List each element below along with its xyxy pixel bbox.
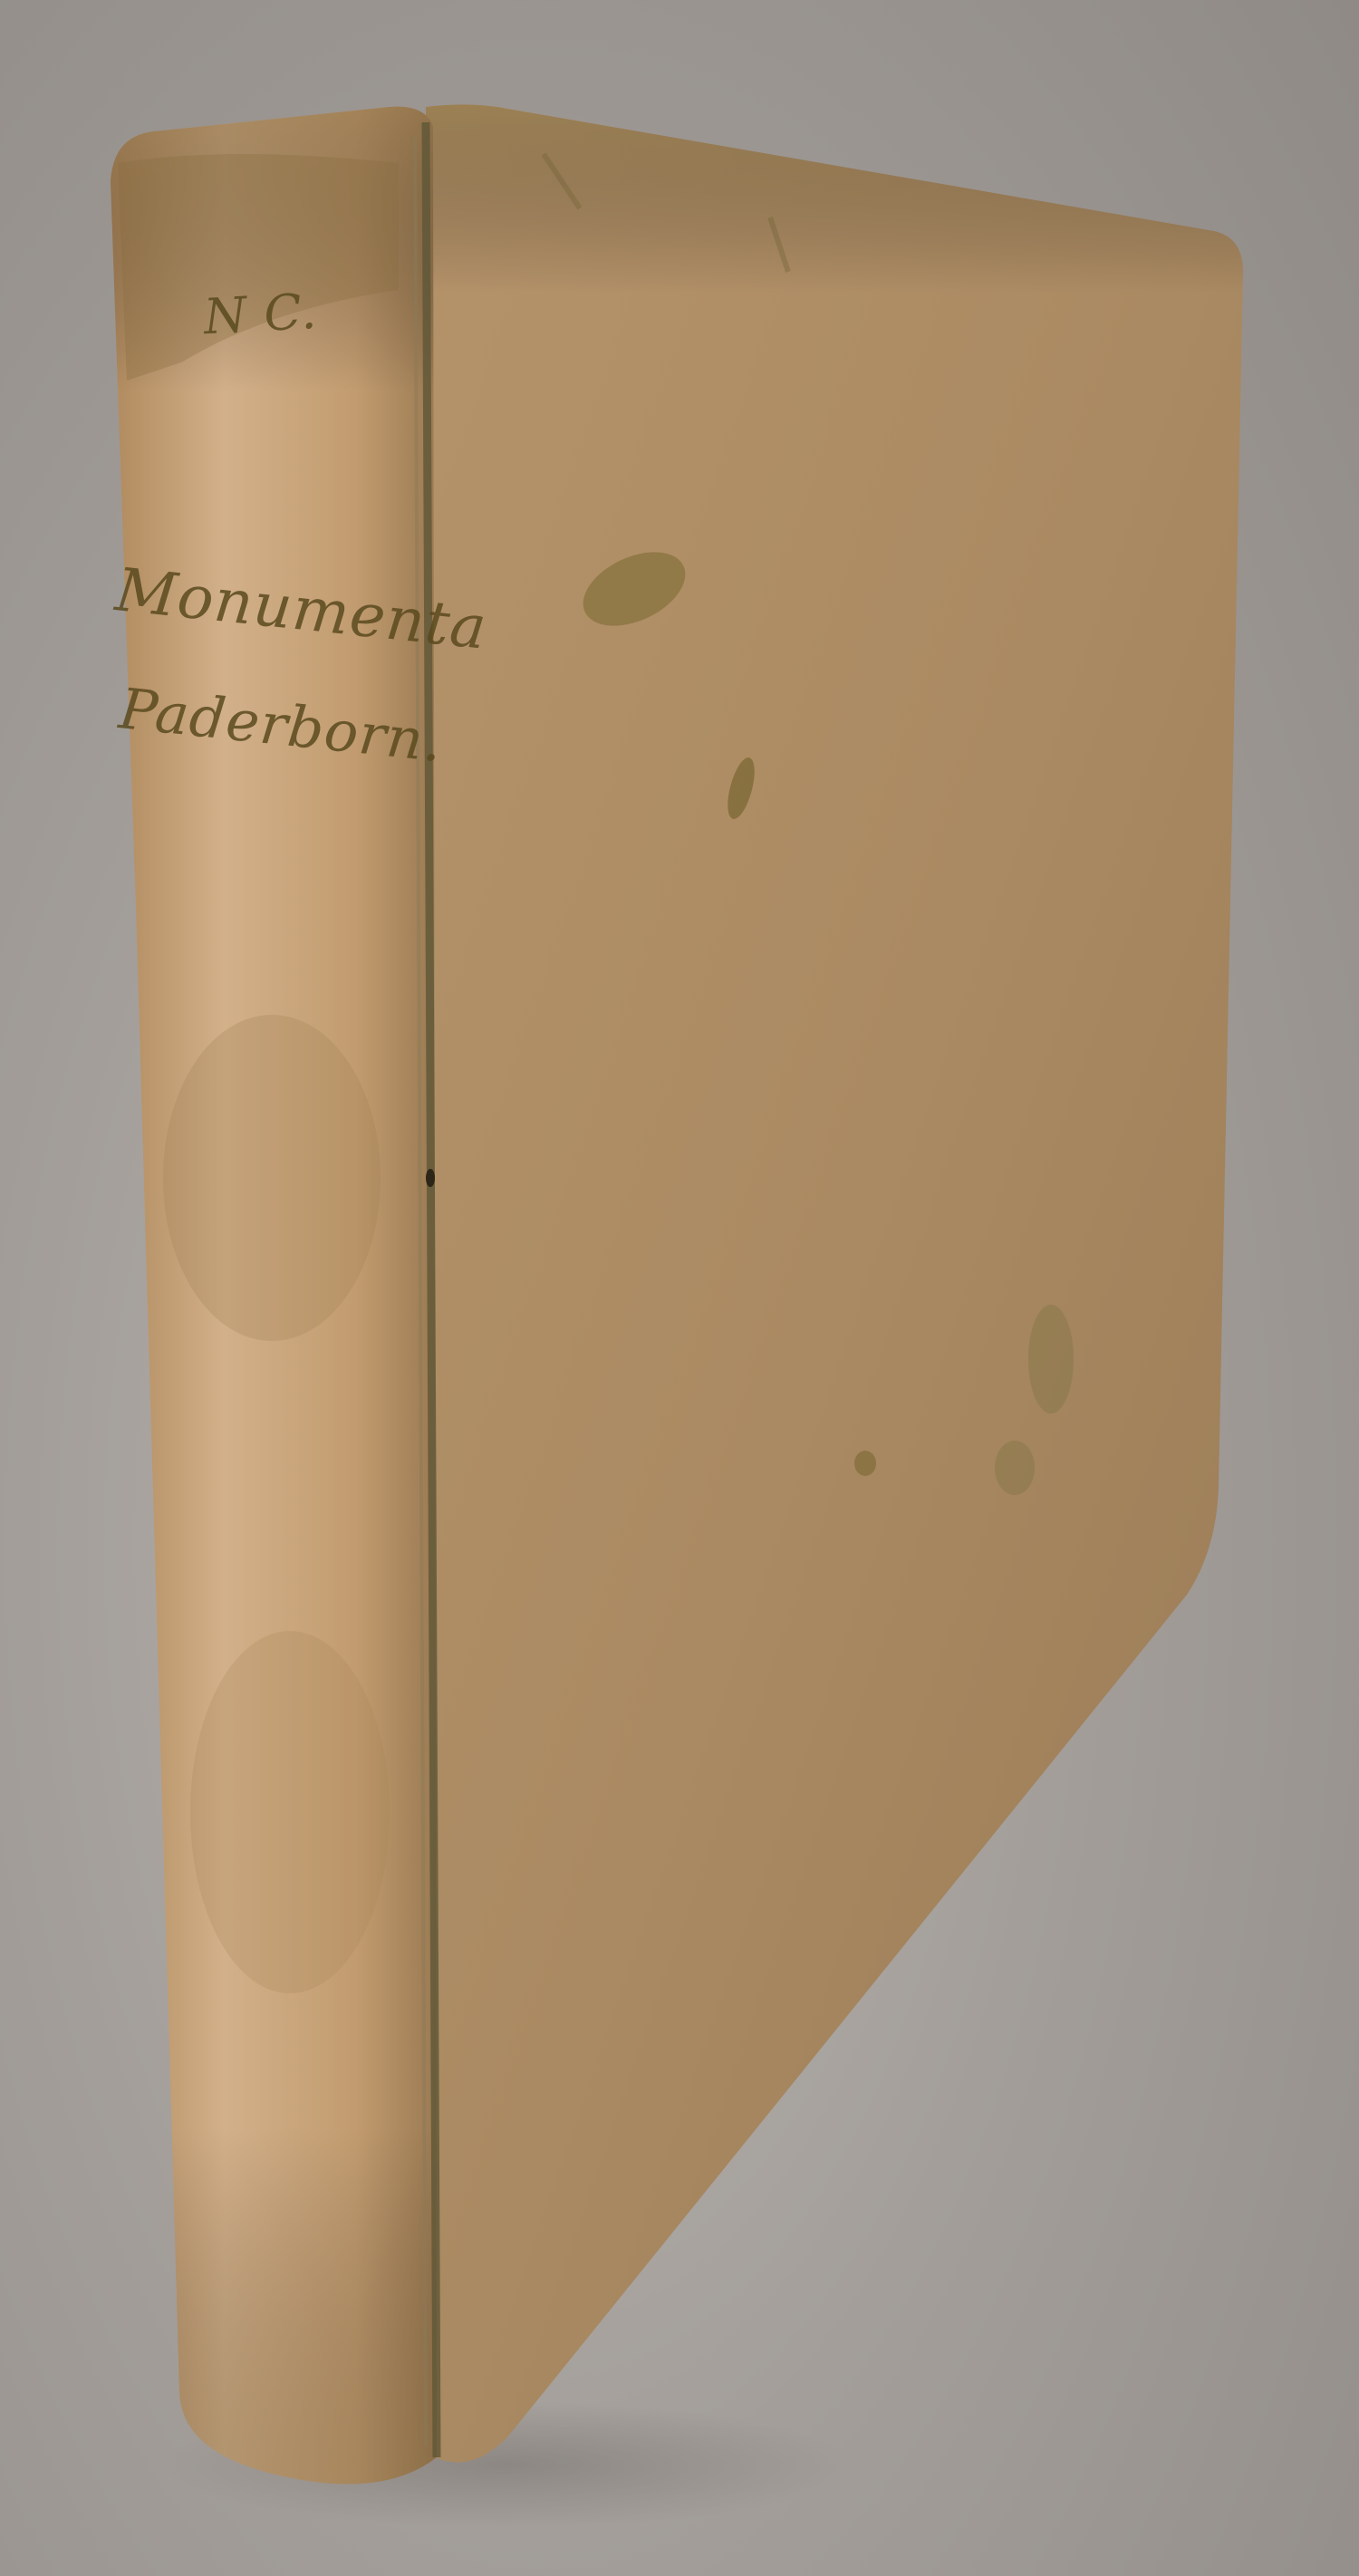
photo-scene: N C. Monumenta Paderborn. [0,0,1359,2576]
joint-hole [426,1169,435,1187]
book-illustration [0,0,1359,2576]
spine-shelfmark: N C. [202,283,318,345]
